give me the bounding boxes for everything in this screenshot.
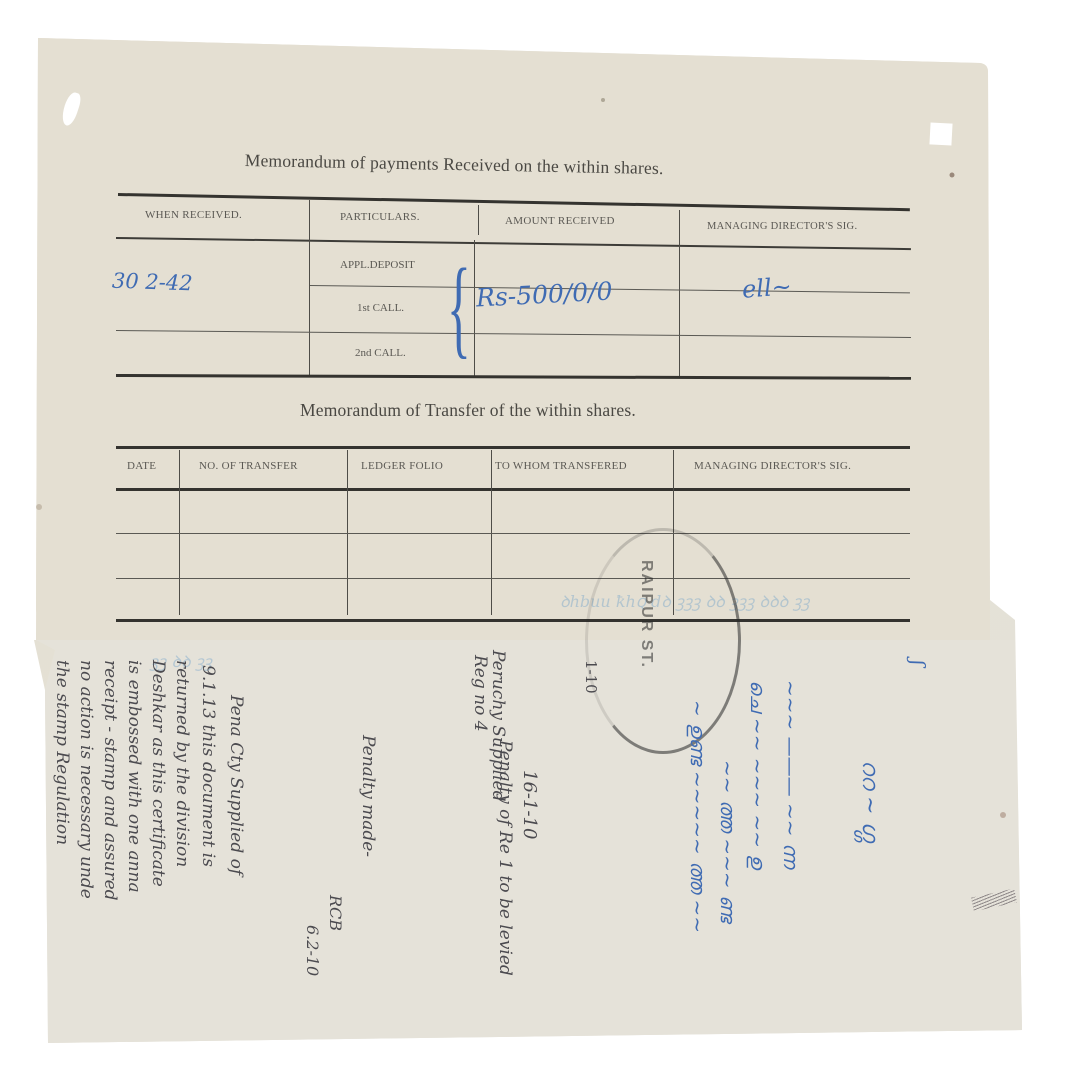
postmark-number: 1-10 [582, 660, 600, 694]
header-managing-directors-sig: MANAGING DIRECTOR'S SIG. [694, 460, 851, 472]
particulars-2nd-call: 2nd CALL. [355, 347, 406, 359]
column-divider [474, 240, 475, 377]
table-rule [116, 619, 910, 622]
column-divider [679, 210, 680, 378]
transfers-title: Memorandum of Transfer of the within sha… [300, 400, 636, 421]
header-no-of-transfer: NO. OF TRANSFER [199, 460, 298, 472]
table-rule [116, 488, 910, 491]
postmark-text: RAIPUR ST. [637, 560, 655, 669]
header-date: DATE [127, 460, 156, 472]
column-divider [478, 205, 479, 235]
document-page: ꝺhbuu ꝁhꞯ dꝺ ꝫꝫꝫ ꝺꝺ ꝫꝫꝫ ꝺꝺꝺ ꝫꝫ ꝫꝫ ꝺꝺ ꝫꝫ … [0, 0, 1080, 1080]
header-to-whom-transfered: TO WHOM TRANSFERED [495, 460, 627, 472]
header-ledger-folio: LEDGER FOLIO [361, 460, 443, 472]
table-rule [116, 446, 910, 449]
handwritten-signature: ell~ [741, 272, 793, 303]
punch-hole-right [929, 122, 952, 145]
header-amount-received: AMOUNT RECEIVED [505, 215, 615, 227]
postmark-stamp [585, 528, 741, 754]
row-rule [116, 578, 910, 579]
handwritten-date-received: 30 2-42 [112, 269, 193, 296]
row-rule [116, 533, 910, 534]
header-when-received: WHEN RECEIVED. [145, 209, 242, 221]
particulars-1st-call: 1st CALL. [357, 302, 404, 314]
particulars-appl-deposit: APPL.DEPOSIT [340, 259, 415, 271]
header-particulars: PARTICULARS. [340, 211, 420, 223]
column-divider [309, 200, 310, 375]
handwritten-brace: { [447, 252, 471, 362]
header-managing-directors-sig: MANAGING DIRECTOR'S SIG. [707, 221, 857, 232]
